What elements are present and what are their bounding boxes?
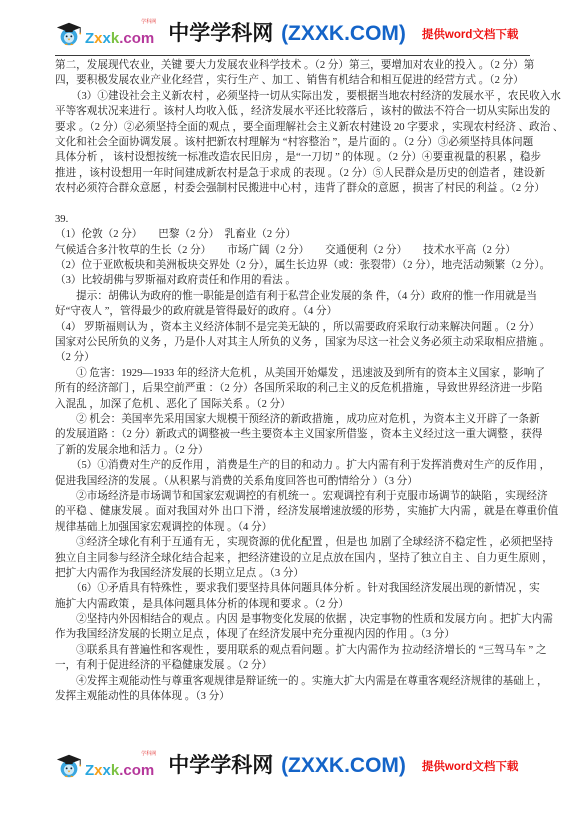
site-title: 中学学科网 (ZXXK.COM) — [168, 754, 406, 778]
text-line: （4） 罗斯福则认为 ，资本主义经济体制不是完美无缺的 ，所以需要政府采取行动来… — [55, 320, 533, 335]
download-tagline: 提供word文档下载 — [422, 758, 518, 774]
text-line: （3）①建设社会主义新农村 ，必须坚持一切从实际出发 ，要根据当地农村经济的发展… — [55, 89, 533, 104]
site-name: 中学学科网 — [168, 754, 273, 777]
text-line: 平等客观状况来进行 。该村人均收入低 ，经济发展水平还比较落后 ，该村的做法不符… — [55, 104, 533, 119]
text-line: 作为我国经济发展的长期立足点 ，体现了在经济发展中充分重视内因的作用 。（3 分… — [55, 627, 533, 642]
text-line: ③联系具有普遍性和客观性 ，要用联系的观点看问题 。扩大内需作为 拉动经济增长的… — [55, 643, 533, 658]
logo-letter: .com — [119, 762, 154, 779]
text-line: 要求 。（2 分）②必须坚持全面的观点 ，要全面理解社会主义新农村建设 20 字… — [55, 120, 533, 135]
text-line: 的平稳 、健康发展 。面对我国对外 出口下滑 ，经济发展增速放缓的形势 ，实施扩… — [55, 504, 533, 519]
text-line: 好“守夜人 ”，管得最少的政府就是管得最好的政府 。（4 分） — [55, 304, 533, 319]
logo-letter: x — [103, 30, 111, 47]
text-line: 国家对公民所负的义务 ，乃是仆人对其主人所负的义务 ，国家为尽这一社会义务必须主… — [55, 335, 533, 350]
text-line: （2 分） — [55, 350, 533, 365]
logo-letter: x — [103, 762, 111, 779]
logo-wordmark: Zxxk.com — [85, 762, 154, 780]
zxxk-logo: Zxxk.com 学科网 — [55, 20, 154, 48]
answer-text-body: 第二，发展现代农业，关键 要大力发展农业科学技术 。（2 分）第三，要增加对农业… — [55, 58, 533, 704]
text-line: 第二，发展现代农业，关键 要大力发展农业科学技术 。（2 分）第三，要增加对农业… — [55, 58, 533, 73]
logo-letter: .com — [119, 30, 154, 47]
site-title: 中学学科网 (ZXXK.COM) — [168, 22, 406, 46]
text-line: 四，要积极发展农业产业化经营 ，实行生产 、加工 、销售有机结合和相互促进的经营… — [55, 73, 533, 88]
text-line: 发挥主观能动性的具体体现 。（3 分） — [55, 689, 533, 704]
site-domain: (ZXXK.COM) — [281, 754, 406, 777]
text-line: 文化和社会全面协调发展 。该村把新农村理解为 “村容整治 ”，是片面的 。（2 … — [55, 135, 533, 150]
text-line: （6）①矛盾具有特殊性 ，要求我们要坚持具体问题具体分析 。针对我国经济发展出现… — [55, 581, 533, 596]
text-line: ②市场经济是市场调节和国家宏观调控的有机统一 。宏观调控有利于克服市场调节的缺陷… — [55, 489, 533, 504]
text-line: 农村必须符合群众意愿 ，村委会强制村民搬进中心村 ，违背了群众的意愿 ，损害了村… — [55, 181, 533, 196]
graduate-mascot-icon — [55, 752, 83, 780]
logo-letter: k — [111, 762, 119, 779]
zxxk-logo: Zxxk.com 学科网 — [55, 752, 154, 780]
logo-small-text: 学科网 — [141, 18, 156, 25]
text-line: 气候适合多汁牧草的生长（2 分） 市场广阔（2 分） 交通便利（2 分） 技术水… — [55, 243, 533, 258]
logo-letter: Z — [85, 762, 94, 779]
text-line: 入混乱 ，加深了危机 、恶化了 国际关系 。（2 分） — [55, 397, 533, 412]
logo-letter: x — [94, 762, 102, 779]
graduate-mascot-icon — [55, 20, 83, 48]
site-domain: (ZXXK.COM) — [281, 22, 406, 45]
text-line: 具体分析 ， 该村设想按统一标准改造农民旧房 ，是“一刀切 ” 的体现 。（2 … — [55, 150, 533, 165]
logo-letter: Z — [85, 30, 94, 47]
document-page: Zxxk.com 学科网 中学学科网 (ZXXK.COM) 提供word文档下载… — [0, 0, 580, 820]
text-line: 独立自主同参与经济全球化结合起来 ，把经济建设的立足点放在国内 ，坚持了独立自主… — [55, 551, 533, 566]
text-line: （5）①消费对生产的反作用 ，消费是生产的目的和动力 。扩大内需有利于发挥消费对… — [55, 458, 533, 473]
text-line: 规律基础上加强国家宏观调控的体现 。（4 分） — [55, 520, 533, 535]
text-line: ④发挥主观能动性与尊重客观规律是辩证统一的 。实施大扩大内需是在尊重客观经济规律… — [55, 674, 533, 689]
text-line — [55, 197, 533, 212]
text-line: ②坚持内外因相结合的观点 。内因 是事物变化发展的依据 ，决定事物的性质和发展方… — [55, 612, 533, 627]
text-line: ② 机会：美国率先采用国家大规模干预经济的新政措施 ，成功应对危机 ，为资本主义… — [55, 412, 533, 427]
header-divider — [55, 55, 530, 56]
text-line: 所有的经济部门 ，后果空前严重 ：（2 分）各国所采取的利己主义的反危机措施 ，… — [55, 381, 533, 396]
text-line: 提示：胡佛认为政府的惟一职能是创造有利于私营企业发展的条 件，（4 分）政府的惟… — [55, 289, 533, 304]
text-line: （2）位于亚欧板块和美洲板块交界处（2 分），属生长边界（或：张裂带）（2 分）… — [55, 258, 533, 273]
text-line: 了新的发展余地和活力 。（2 分） — [55, 443, 533, 458]
logo-wordmark: Zxxk.com — [85, 30, 154, 48]
text-line: ③经济全球化有利于互通有无 ，实现资源的优化配置 ，但是也 加剧了全球经济不稳定… — [55, 535, 533, 550]
text-line: 的发展道路 ：（2 分）新政式的调整被一些主要资本主义国家所借鉴 ，资本主义经过… — [55, 427, 533, 442]
logo-small-text: 学科网 — [141, 750, 156, 757]
logo-letter: k — [111, 30, 119, 47]
text-line: 一，有利于促进经济的平稳健康发展 。（2 分） — [55, 658, 533, 673]
download-tagline: 提供word文档下载 — [422, 26, 518, 42]
logo-letter: x — [94, 30, 102, 47]
text-line: 39. — [55, 212, 533, 227]
site-name: 中学学科网 — [168, 22, 273, 45]
text-line: （1）伦敦（2 分） 巴黎（2 分） 乳畜业（2 分） — [55, 227, 533, 242]
text-line: 促进我国经济的发展 。（从积累与消费的关系角度回答也可酌情给分 ）（3 分） — [55, 474, 533, 489]
text-line: 把扩大内需作为我国经济发展的长期立足点 。（3 分） — [55, 566, 533, 581]
header-brandbar: Zxxk.com 学科网 中学学科网 (ZXXK.COM) 提供word文档下载 — [55, 16, 532, 52]
text-line: 推进 ，该村设想用一年时间建成新农村是急于求成 的表现 。（2 分）⑤人民群众是… — [55, 166, 533, 181]
text-line: 施扩大内需政策 ，是具体问题具体分析的体现和要求 。（2 分） — [55, 597, 533, 612]
footer-brandbar: Zxxk.com 学科网 中学学科网 (ZXXK.COM) 提供word文档下载 — [55, 748, 532, 784]
text-line: （3）比较胡佛与罗斯福对政府责任和作用的看法 。 — [55, 273, 533, 288]
text-line: ① 危害：1929—1933 年的经济大危机 ，从美国开始爆发 ，迅速波及到所有… — [55, 366, 533, 381]
